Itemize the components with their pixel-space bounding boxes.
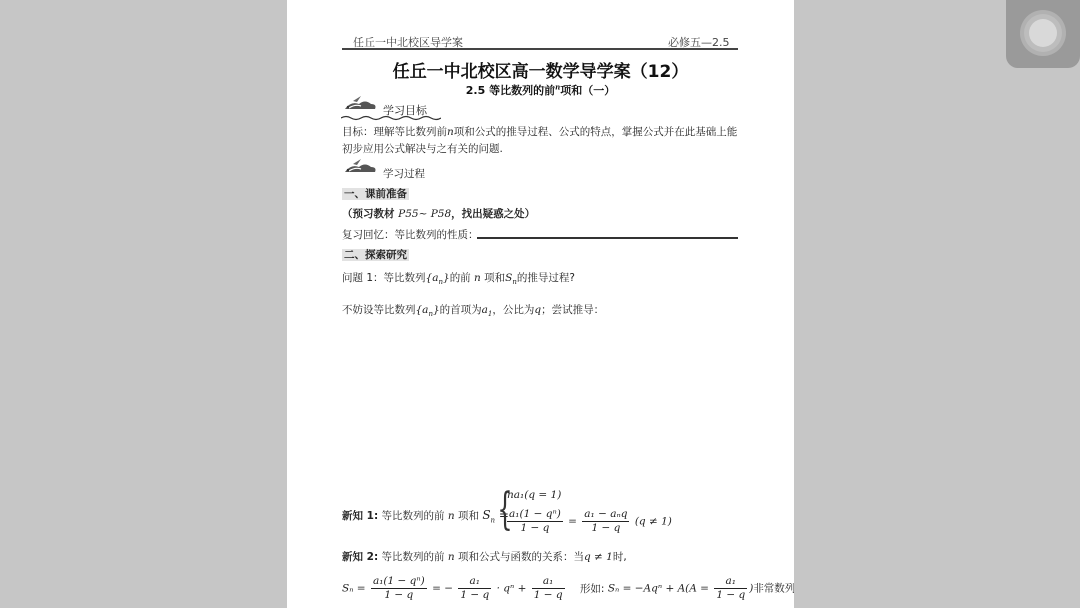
new2-text-b: 项和公式与函数的关系：当 bbox=[458, 551, 584, 563]
new2-label: 新知 2: bbox=[342, 551, 378, 563]
question-1: 问题 1：等比数列{an}的前 n 项和Sn的推导过程? bbox=[342, 270, 575, 286]
frac-num: a₁ bbox=[458, 575, 491, 589]
new1-lhs: S bbox=[482, 508, 490, 522]
part1-heading-text: 一、课前准备 bbox=[342, 188, 409, 200]
assume-seq: {a bbox=[416, 304, 429, 316]
prep-pages: P55~ P58 bbox=[398, 208, 451, 220]
part2-heading-text: 二、探索研究 bbox=[342, 249, 409, 261]
page-title: 任丘一中北校区高一数学导学案（12） bbox=[287, 57, 794, 82]
new1-label: 新知 1: bbox=[342, 510, 378, 522]
frac-num: a₁ − aₙq bbox=[582, 508, 629, 522]
new2-cond: q ≠ 1 bbox=[584, 551, 613, 563]
assistive-touch-button[interactable] bbox=[1006, 0, 1080, 68]
f-lhs: Sₙ = bbox=[342, 583, 366, 595]
prep-line: （预习教材 P55~ P58，找出疑惑之处） bbox=[342, 206, 535, 221]
new1-case1: na₁(q = 1) bbox=[507, 489, 561, 501]
frac-num: a₁(1 − qⁿ) bbox=[507, 508, 563, 522]
q1-text-a: 问题 1：等比数列 bbox=[342, 272, 426, 284]
form-expr: Sₙ = −Aqⁿ + A(A = bbox=[608, 583, 709, 595]
new2-line: 新知 2: 等比数列的前 n 项和公式与函数的关系：当q ≠ 1时, bbox=[342, 549, 627, 564]
header-rule bbox=[342, 48, 738, 50]
part1-heading: 一、课前准备 bbox=[342, 186, 409, 201]
frac-den: 1 − q bbox=[458, 589, 491, 602]
prep-text-b: ，找出疑惑之处） bbox=[451, 208, 535, 220]
form-tail: 非常数列的等 bbox=[753, 583, 794, 595]
q1-text-c: 项和 bbox=[484, 272, 505, 284]
frac-num: a₁(1 − qⁿ) bbox=[371, 575, 427, 589]
bird-cloud-icon bbox=[341, 95, 381, 117]
case2-eq: = bbox=[568, 516, 577, 528]
new1-lhs-sub: n bbox=[491, 516, 496, 524]
new1-case2: a₁(1 − qⁿ)1 − q = a₁ − aₙq1 − q (q ≠ 1) bbox=[505, 508, 672, 535]
goal-line-1: 目标：理解等比数列前n项和公式的推导过程、公式的特点，掌握公式并在此基础上能 bbox=[342, 124, 737, 139]
new2-text-c: 时, bbox=[613, 551, 627, 563]
section-process-heading: 学习过程 bbox=[383, 166, 425, 181]
frac-num: a₁ bbox=[714, 575, 747, 589]
part2-heading: 二、探索研究 bbox=[342, 247, 409, 262]
new1-var: n bbox=[448, 510, 455, 522]
q1-seq-close: } bbox=[443, 272, 450, 284]
new1-line: 新知 1: 等比数列的前 n 项和 Sn = bbox=[342, 508, 509, 524]
assume-line: 不妨设等比数列{an}的首项为a1，公比为q；尝试推导： bbox=[342, 302, 604, 318]
assume-seq-close: } bbox=[433, 304, 440, 316]
assume-text-b: 的首项为 bbox=[440, 304, 482, 316]
subtitle-suffix: 项和（一） bbox=[560, 84, 615, 97]
frac-den: 1 − q bbox=[714, 589, 747, 602]
bird-cloud-icon bbox=[341, 158, 381, 180]
f-mid: = − bbox=[432, 583, 453, 595]
assume-text-c: ，公比为 bbox=[492, 304, 534, 316]
goal-line-2: 初步应用公式解决与之有关的问题. bbox=[342, 141, 503, 156]
frac-den: 1 − q bbox=[532, 589, 565, 602]
form-label: 形如: bbox=[580, 583, 605, 595]
frac-den: 1 − q bbox=[507, 522, 563, 535]
review-answer-line bbox=[477, 237, 738, 239]
goal-text-a: 目标：理解等比数列前 bbox=[342, 126, 447, 138]
q1-var: n bbox=[474, 272, 481, 284]
frac-den: 1 − q bbox=[371, 589, 427, 602]
assistive-touch-icon bbox=[1024, 14, 1062, 52]
subtitle-prefix: 2.5 等比数列的前 bbox=[466, 84, 555, 97]
f-mid2: · qⁿ + bbox=[497, 583, 527, 595]
goal-var: n bbox=[447, 126, 454, 138]
new2-text-a: 等比数列的前 bbox=[382, 551, 445, 563]
case2-cond: (q ≠ 1) bbox=[635, 516, 672, 528]
assume-text-a: 不妨设等比数列 bbox=[342, 304, 416, 316]
q1-text-b: 的前 bbox=[450, 272, 471, 284]
wavy-underline bbox=[341, 115, 441, 121]
new2-formula: Sₙ = a₁(1 − qⁿ)1 − q = − a₁1 − q · qⁿ + … bbox=[342, 575, 794, 602]
new1-text-a: 等比数列的前 bbox=[382, 510, 445, 522]
q1-text-d: 的推导过程? bbox=[517, 272, 575, 284]
frac-num: a₁ bbox=[532, 575, 565, 589]
new2-var: n bbox=[448, 551, 455, 563]
document-page: 任丘一中北校区导学案 必修五—2.5 任丘一中北校区高一数学导学案（12） 2.… bbox=[287, 0, 794, 608]
new1-text-b: 项和 bbox=[458, 510, 479, 522]
frac-den: 1 − q bbox=[582, 522, 629, 535]
prep-text-a: （预习教材 bbox=[342, 208, 398, 220]
assume-text-d: ；尝试推导： bbox=[541, 304, 604, 316]
review-label: 复习回忆：等比数列的性质： bbox=[342, 227, 479, 242]
q1-seq: {a bbox=[426, 272, 439, 284]
goal-text-b: 项和公式的推导过程、公式的特点，掌握公式并在此基础上能 bbox=[454, 126, 738, 138]
